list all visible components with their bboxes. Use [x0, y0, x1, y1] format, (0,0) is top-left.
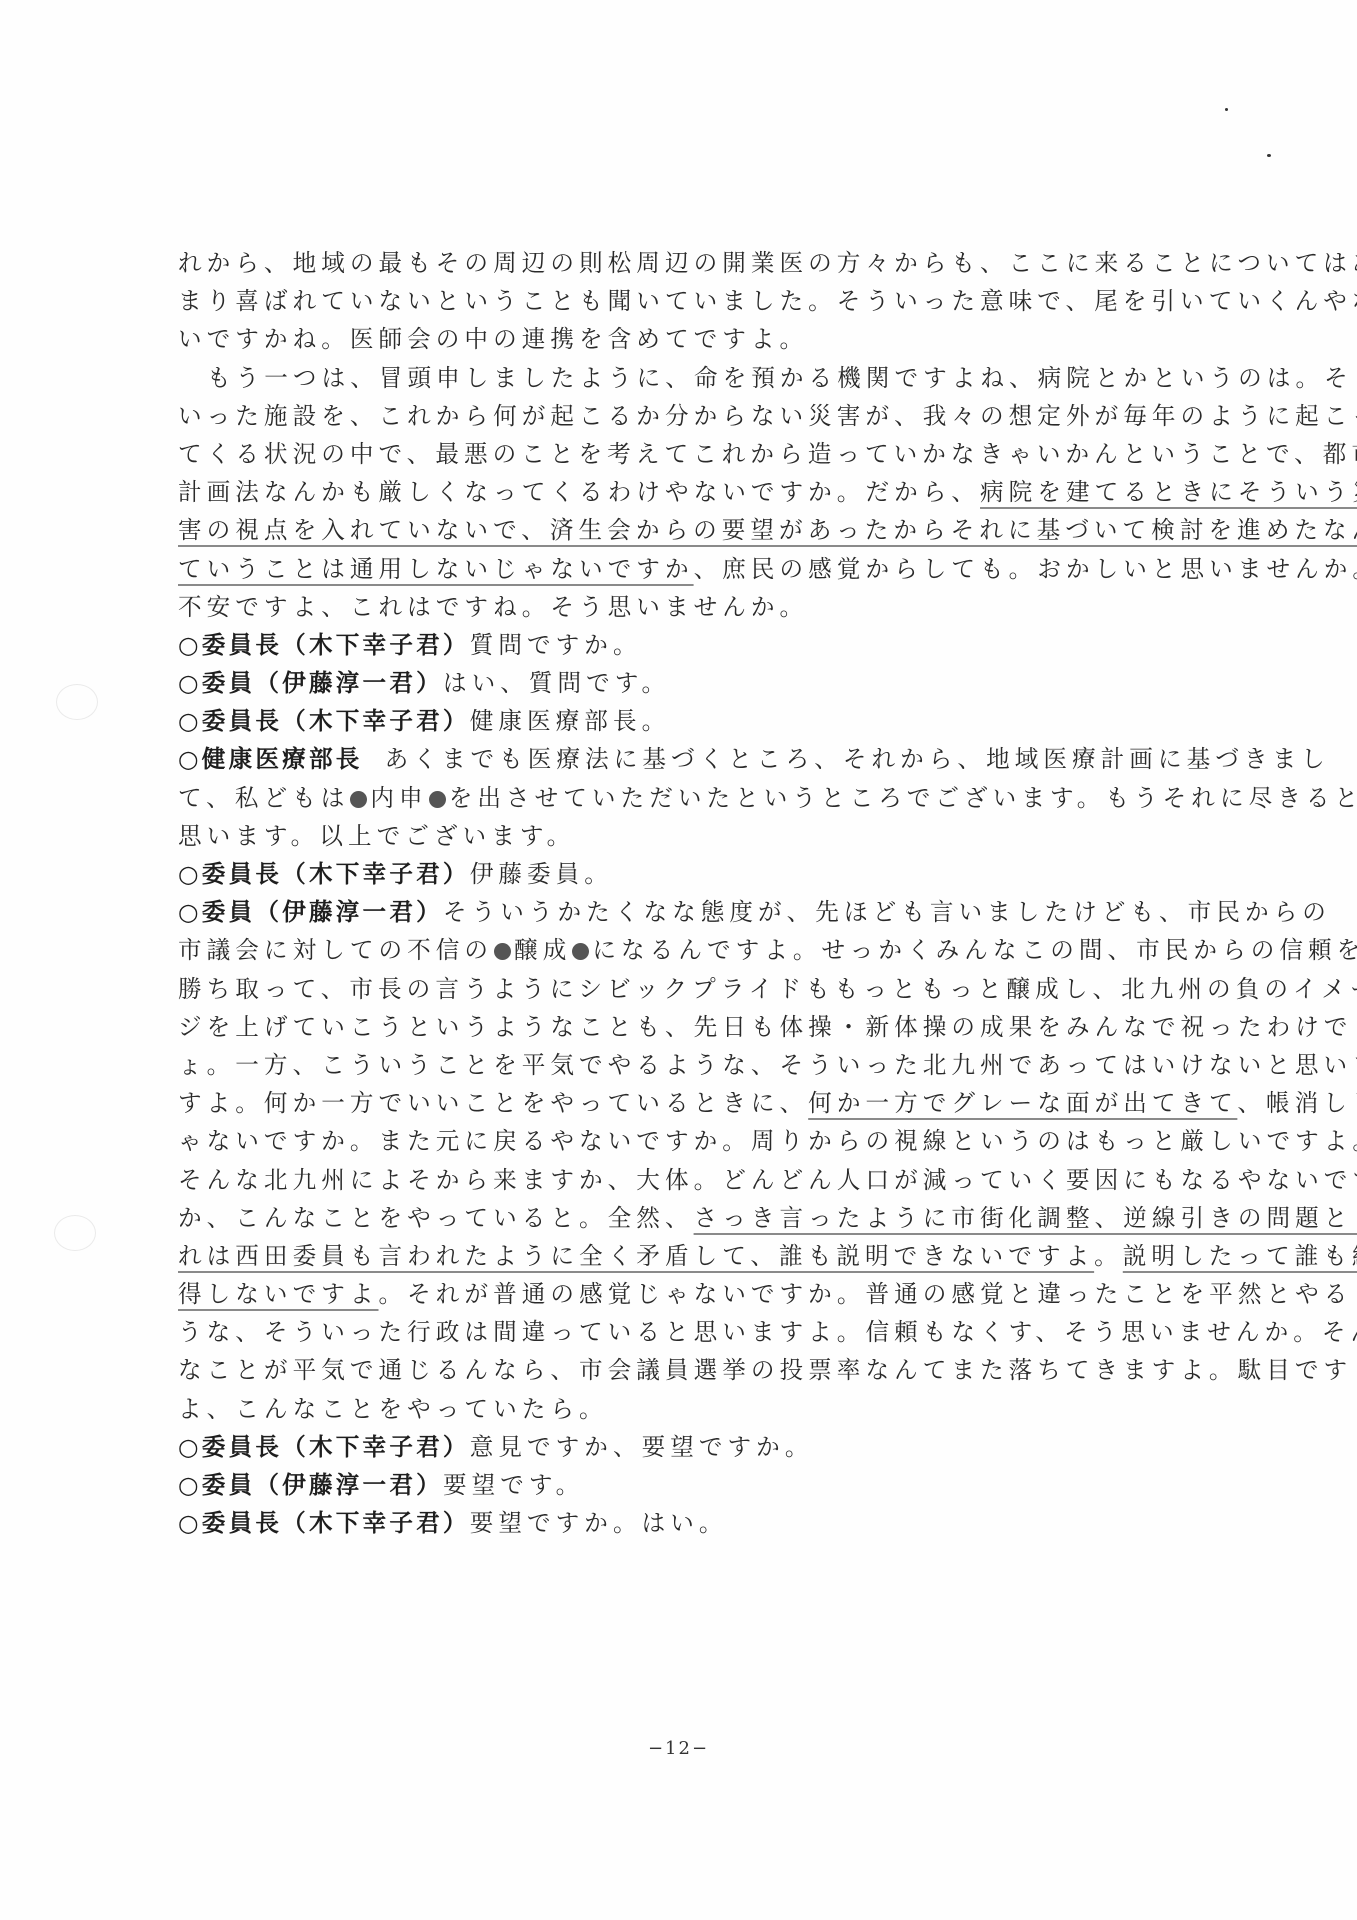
text-segment: を出させていただいたというところでございます。もうそれに尽きると — [449, 784, 1357, 812]
underlined-text: 病院を建てるときにそういう災 — [980, 478, 1357, 506]
text-segment: 意見ですか、要望ですか。 — [470, 1433, 814, 1461]
punch-hole-mark — [54, 1215, 96, 1251]
speaker-label: ○委員長（木下幸子君） — [178, 1433, 470, 1461]
speaker-label: ○委員長（木下幸子君） — [178, 631, 470, 659]
text-segment: ょ。一方、こういうことを平気でやるような、そういった北九州であってはいけないと思… — [178, 1051, 1357, 1079]
text-line: て、私どもは内申を出させていただいたというところでございます。もうそれに尽きると — [178, 779, 1208, 817]
text-segment: 醸成 — [514, 936, 571, 964]
text-segment: 要望ですか。はい。 — [470, 1509, 728, 1537]
text-segment: 。それが普通の感覚じゃないですか。普通の感覚と違ったことを平然とやるよ — [379, 1280, 1357, 1308]
text-segment: てくる状況の中で、最悪のことを考えてこれから造っていかなきゃいかんということで、… — [178, 440, 1357, 468]
text-line: うな、そういった行政は間違っていると思いますよ。信頼もなくす、そう思いませんか。… — [178, 1313, 1208, 1351]
text-segment: うな、そういった行政は間違っていると思いますよ。信頼もなくす、そう思いませんか。… — [178, 1318, 1357, 1346]
text-line: れは西田委員も言われたように全く矛盾して、誰も説明できないですよ。説明したって誰… — [178, 1237, 1208, 1275]
transcript-body: れから、地域の最もその周辺の則松周辺の開業医の方々からも、ここに来ることについて… — [178, 244, 1208, 1542]
underlined-text: さっき言ったように市街化調整、逆線引きの問題とこ — [694, 1204, 1357, 1232]
text-segment: いった施設を、これから何が起こるか分からない災害が、我々の想定外が毎年のように起… — [178, 402, 1357, 430]
speaker-line: ○委員長（木下幸子君）伊藤委員。 — [178, 855, 1208, 893]
text-segment: よ、こんなことをやっていたら。 — [178, 1395, 608, 1423]
speaker-line: ○委員（伊藤淳一君）はい、質問です。 — [178, 664, 1208, 702]
text-line: なことが平気で通じるんなら、市会議員選挙の投票率なんてまた落ちてきますよ。駄目で… — [178, 1351, 1208, 1389]
text-segment: て、私どもは — [178, 784, 349, 812]
speaker-line: ○委員（伊藤淳一君）そういうかたくなな態度が、先ほども言いましたけども、市民から… — [178, 893, 1208, 931]
text-segment: 、庶民の感覚からしても。おかしいと思いませんか。 — [694, 555, 1357, 583]
text-segment: もう一つは、冒頭申しましたように、命を預かる機関ですよね、病院とかというのは。そ… — [207, 364, 1357, 392]
redaction-dot-icon — [429, 791, 446, 808]
text-segment: 要望です。 — [443, 1471, 584, 1499]
text-line: ジを上げていこうというようなことも、先日も体操・新体操の成果をみんなで祝ったわけ… — [178, 1008, 1208, 1046]
underlined-text: 得しないですよ — [178, 1280, 379, 1308]
speaker-label: ○委員（伊藤淳一君） — [178, 1471, 443, 1499]
text-line: ょ。一方、こういうことを平気でやるような、そういった北九州であってはいけないと思… — [178, 1046, 1208, 1084]
text-line: 思います。以上でございます。 — [178, 817, 1208, 855]
speaker-label: ○委員長（木下幸子君） — [178, 707, 470, 735]
text-line: そんな北九州によそから来ますか、大体。どんどん人口が減っていく要因にもなるやない… — [178, 1161, 1208, 1199]
text-segment: 伊藤委員。 — [470, 860, 613, 888]
text-line: もう一つは、冒頭申しましたように、命を預かる機関ですよね、病院とかというのは。そ… — [178, 359, 1208, 397]
text-line: いですかね。医師会の中の連携を含めてですよ。 — [178, 320, 1208, 358]
speaker-line: ○委員長（木下幸子君）意見ですか、要望ですか。 — [178, 1428, 1208, 1466]
text-segment: まり喜ばれていないということも聞いていました。そういった意味で、尾を引いていくん… — [178, 287, 1357, 315]
text-line: 計画法なんかも厳しくなってくるわけやないですか。だから、病院を建てるときにそうい… — [178, 473, 1208, 511]
text-segment: になるんですよ。せっかくみんなこの間、市民からの信頼を — [592, 936, 1357, 964]
text-segment: 不安ですよ、これはですね。そう思いませんか。 — [178, 593, 808, 621]
text-segment: あくまでも医療法に基づくところ、それから、地域医療計画に基づきまし — [385, 745, 1330, 773]
text-segment: そういうかたくなな態度が、先ほども言いましたけども、市民からの — [443, 898, 1331, 926]
underlined-text: 何か一方でグレーな面が出てきて — [808, 1089, 1237, 1117]
speaker-line: ○委員長（木下幸子君）質問ですか。 — [178, 626, 1208, 664]
redaction-dot-icon — [494, 943, 511, 960]
document-page: れから、地域の最もその周辺の則松周辺の開業医の方々からも、ここに来ることについて… — [0, 0, 1357, 1920]
text-segment: はい、質問です。 — [443, 669, 670, 697]
redaction-dot-icon — [350, 791, 367, 808]
text-segment: れから、地域の最もその周辺の則松周辺の開業医の方々からも、ここに来ることについて… — [178, 249, 1357, 277]
text-segment: ジを上げていこうというようなことも、先日も体操・新体操の成果をみんなで祝ったわけ… — [178, 1013, 1357, 1041]
text-segment: ゃないですか。また元に戻るやないですか。周りからの視線というのはもっと厳しいです… — [178, 1127, 1357, 1155]
text-line: すよ。何か一方でいいことをやっているときに、何か一方でグレーな面が出てきて、帳消… — [178, 1084, 1208, 1122]
text-line: てくる状況の中で、最悪のことを考えてこれから造っていかなきゃいかんということで、… — [178, 435, 1208, 473]
speaker-label: ○委員長（木下幸子君） — [178, 860, 470, 888]
text-line: まり喜ばれていないということも聞いていました。そういった意味で、尾を引いていくん… — [178, 282, 1208, 320]
speaker-label: ○健康医療部長 — [178, 745, 363, 773]
underlined-text: 説明したって誰も納 — [1123, 1242, 1357, 1270]
underlined-text: ていうことは通用しないじゃないですか — [178, 555, 694, 583]
text-line: 不安ですよ、これはですね。そう思いませんか。 — [178, 588, 1208, 626]
speaker-line: ○委員長（木下幸子君）要望ですか。はい。 — [178, 1504, 1208, 1542]
text-segment: 。 — [1094, 1242, 1123, 1270]
underlined-text: 害の視点を入れていないで、済生会からの要望があったからそれに基づいて検討を進めた… — [178, 516, 1357, 544]
speaker-line: ○委員長（木下幸子君）健康医療部長。 — [178, 702, 1208, 740]
text-line: 市議会に対しての不信の醸成になるんですよ。せっかくみんなこの間、市民からの信頼を — [178, 931, 1208, 969]
text-segment: か、こんなことをやっていると。全然、 — [178, 1204, 694, 1232]
text-line: 勝ち取って、市長の言うようにシビックプライドももっともっと醸成し、北九州の負のイ… — [178, 970, 1208, 1008]
speaker-label: ○委員（伊藤淳一君） — [178, 669, 443, 697]
text-segment: 内申 — [370, 784, 427, 812]
text-segment: 健康医療部長。 — [470, 707, 671, 735]
speaker-line: ○委員（伊藤淳一君）要望です。 — [178, 1466, 1208, 1504]
page-number: −12− — [0, 1738, 1357, 1759]
speaker-label: ○委員（伊藤淳一君） — [178, 898, 443, 926]
text-line: よ、こんなことをやっていたら。 — [178, 1390, 1208, 1428]
text-segment: 、帳消しじ — [1237, 1089, 1357, 1117]
text-segment: そんな北九州によそから来ますか、大体。どんどん人口が減っていく要因にもなるやない… — [178, 1166, 1357, 1194]
text-segment: いですかね。医師会の中の連携を含めてですよ。 — [178, 325, 808, 353]
redaction-dot-icon — [572, 943, 589, 960]
speaker-label: ○委員長（木下幸子君） — [178, 1509, 470, 1537]
text-segment: 思います。以上でございます。 — [178, 822, 575, 850]
punch-hole-mark — [56, 684, 98, 720]
text-line: か、こんなことをやっていると。全然、さっき言ったように市街化調整、逆線引きの問題… — [178, 1199, 1208, 1237]
text-line: いった施設を、これから何が起こるか分からない災害が、我々の想定外が毎年のように起… — [178, 397, 1208, 435]
text-segment: 勝ち取って、市長の言うようにシビックプライドももっともっと醸成し、北九州の負のイ… — [178, 975, 1357, 1003]
text-segment: 市議会に対しての不信の — [178, 936, 493, 964]
text-segment: すよ。何か一方でいいことをやっているときに、 — [178, 1089, 808, 1117]
text-line: ゃないですか。また元に戻るやないですか。周りからの視線というのはもっと厳しいです… — [178, 1122, 1208, 1160]
scan-speck — [1267, 154, 1271, 157]
text-line: 得しないですよ。それが普通の感覚じゃないですか。普通の感覚と違ったことを平然とや… — [178, 1275, 1208, 1313]
speaker-line: ○健康医療部長あくまでも医療法に基づくところ、それから、地域医療計画に基づきまし — [178, 740, 1208, 778]
text-segment: なことが平気で通じるんなら、市会議員選挙の投票率なんてまた落ちてきますよ。駄目で… — [178, 1356, 1352, 1384]
text-line: れから、地域の最もその周辺の則松周辺の開業医の方々からも、ここに来ることについて… — [178, 244, 1208, 282]
text-segment: 計画法なんかも厳しくなってくるわけやないですか。だから、 — [178, 478, 980, 506]
scan-speck — [1225, 108, 1228, 111]
text-line: 害の視点を入れていないで、済生会からの要望があったからそれに基づいて検討を進めた… — [178, 511, 1208, 549]
text-line: ていうことは通用しないじゃないですか、庶民の感覚からしても。おかしいと思いません… — [178, 550, 1208, 588]
text-segment: 質問ですか。 — [470, 631, 642, 659]
underlined-text: れは西田委員も言われたように全く矛盾して、誰も説明できないですよ — [178, 1242, 1094, 1270]
